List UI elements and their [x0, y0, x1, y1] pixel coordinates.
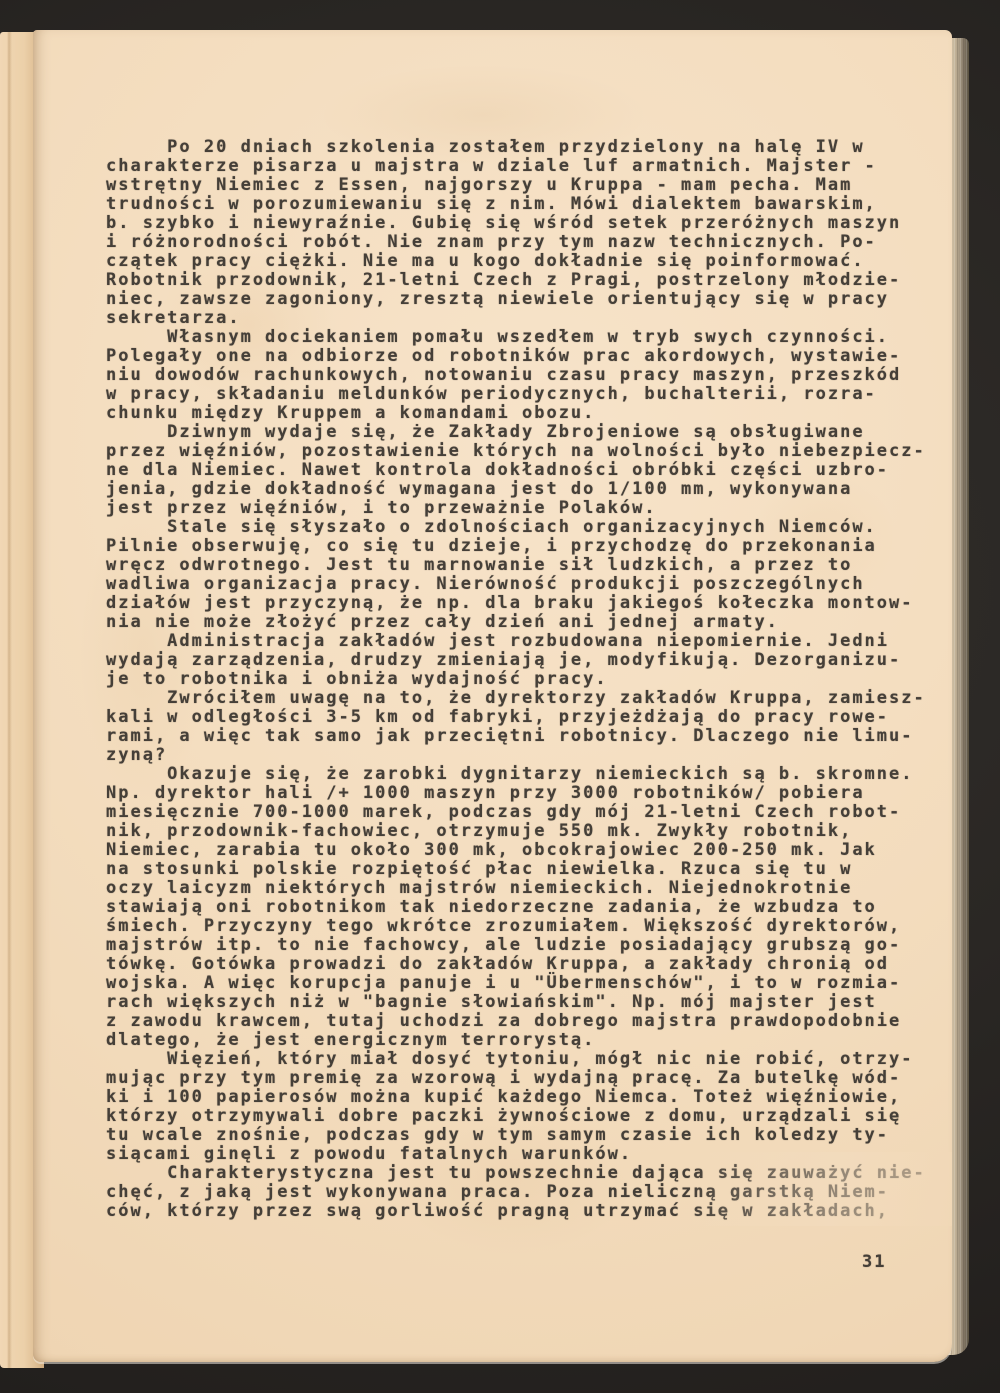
document-page: Po 20 dniach szkolenia zostałem przydzie…: [33, 30, 952, 1362]
scanned-page-photo: Po 20 dniach szkolenia zostałem przydzie…: [0, 0, 1000, 1393]
typewritten-text: Po 20 dniach szkolenia zostałem przydzie…: [106, 138, 926, 1221]
page-number: 31: [862, 1253, 886, 1272]
